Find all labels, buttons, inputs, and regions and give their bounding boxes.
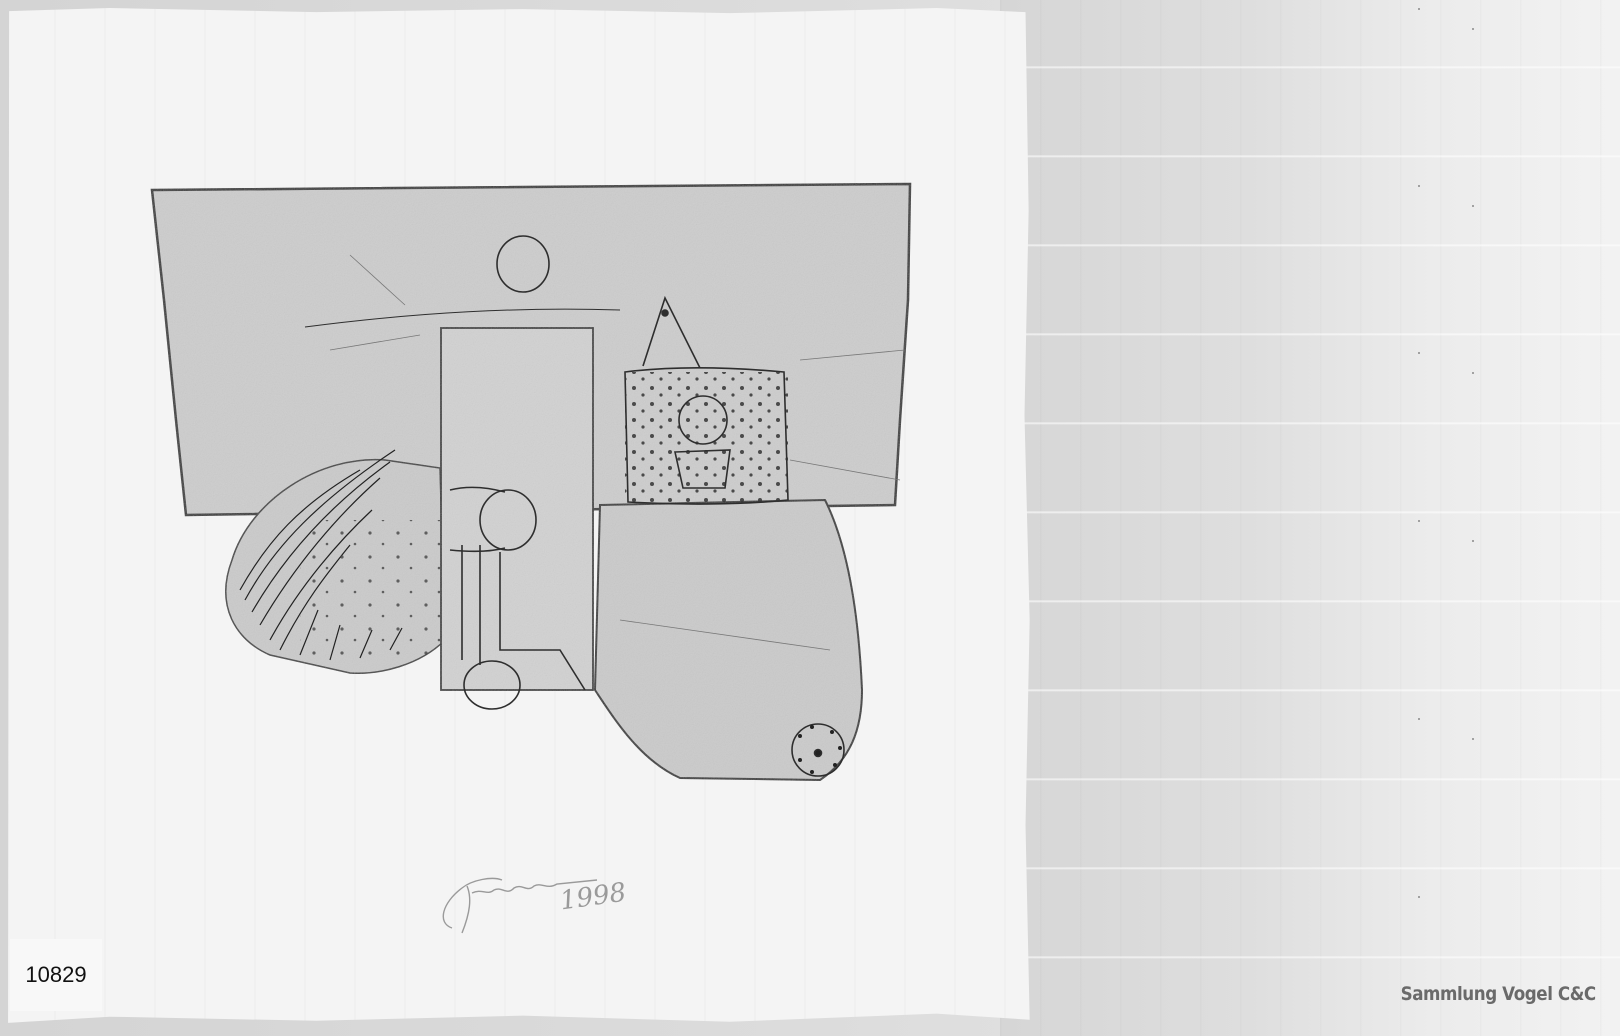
- dust-speck: [1418, 352, 1420, 354]
- catalog-number: 10829: [25, 962, 86, 988]
- dust-speck: [1472, 205, 1474, 207]
- dust-speck: [1418, 896, 1420, 898]
- collection-watermark: Sammlung Vogel C&C: [1401, 983, 1596, 1005]
- scanner-backdrop: [1000, 0, 1620, 1036]
- dust-speck: [1418, 520, 1420, 522]
- catalog-number-label: 10829: [10, 939, 102, 1011]
- dust-speck: [1418, 185, 1420, 187]
- dust-speck: [1418, 718, 1420, 720]
- dust-speck: [1472, 540, 1474, 542]
- dust-speck: [1472, 372, 1474, 374]
- dust-speck: [1418, 8, 1420, 10]
- scan-canvas: 1998 10829 Sammlung Vogel C&C: [0, 0, 1620, 1036]
- dust-speck: [1472, 738, 1474, 740]
- dust-speck: [1472, 28, 1474, 30]
- plate-shapes: [152, 184, 910, 780]
